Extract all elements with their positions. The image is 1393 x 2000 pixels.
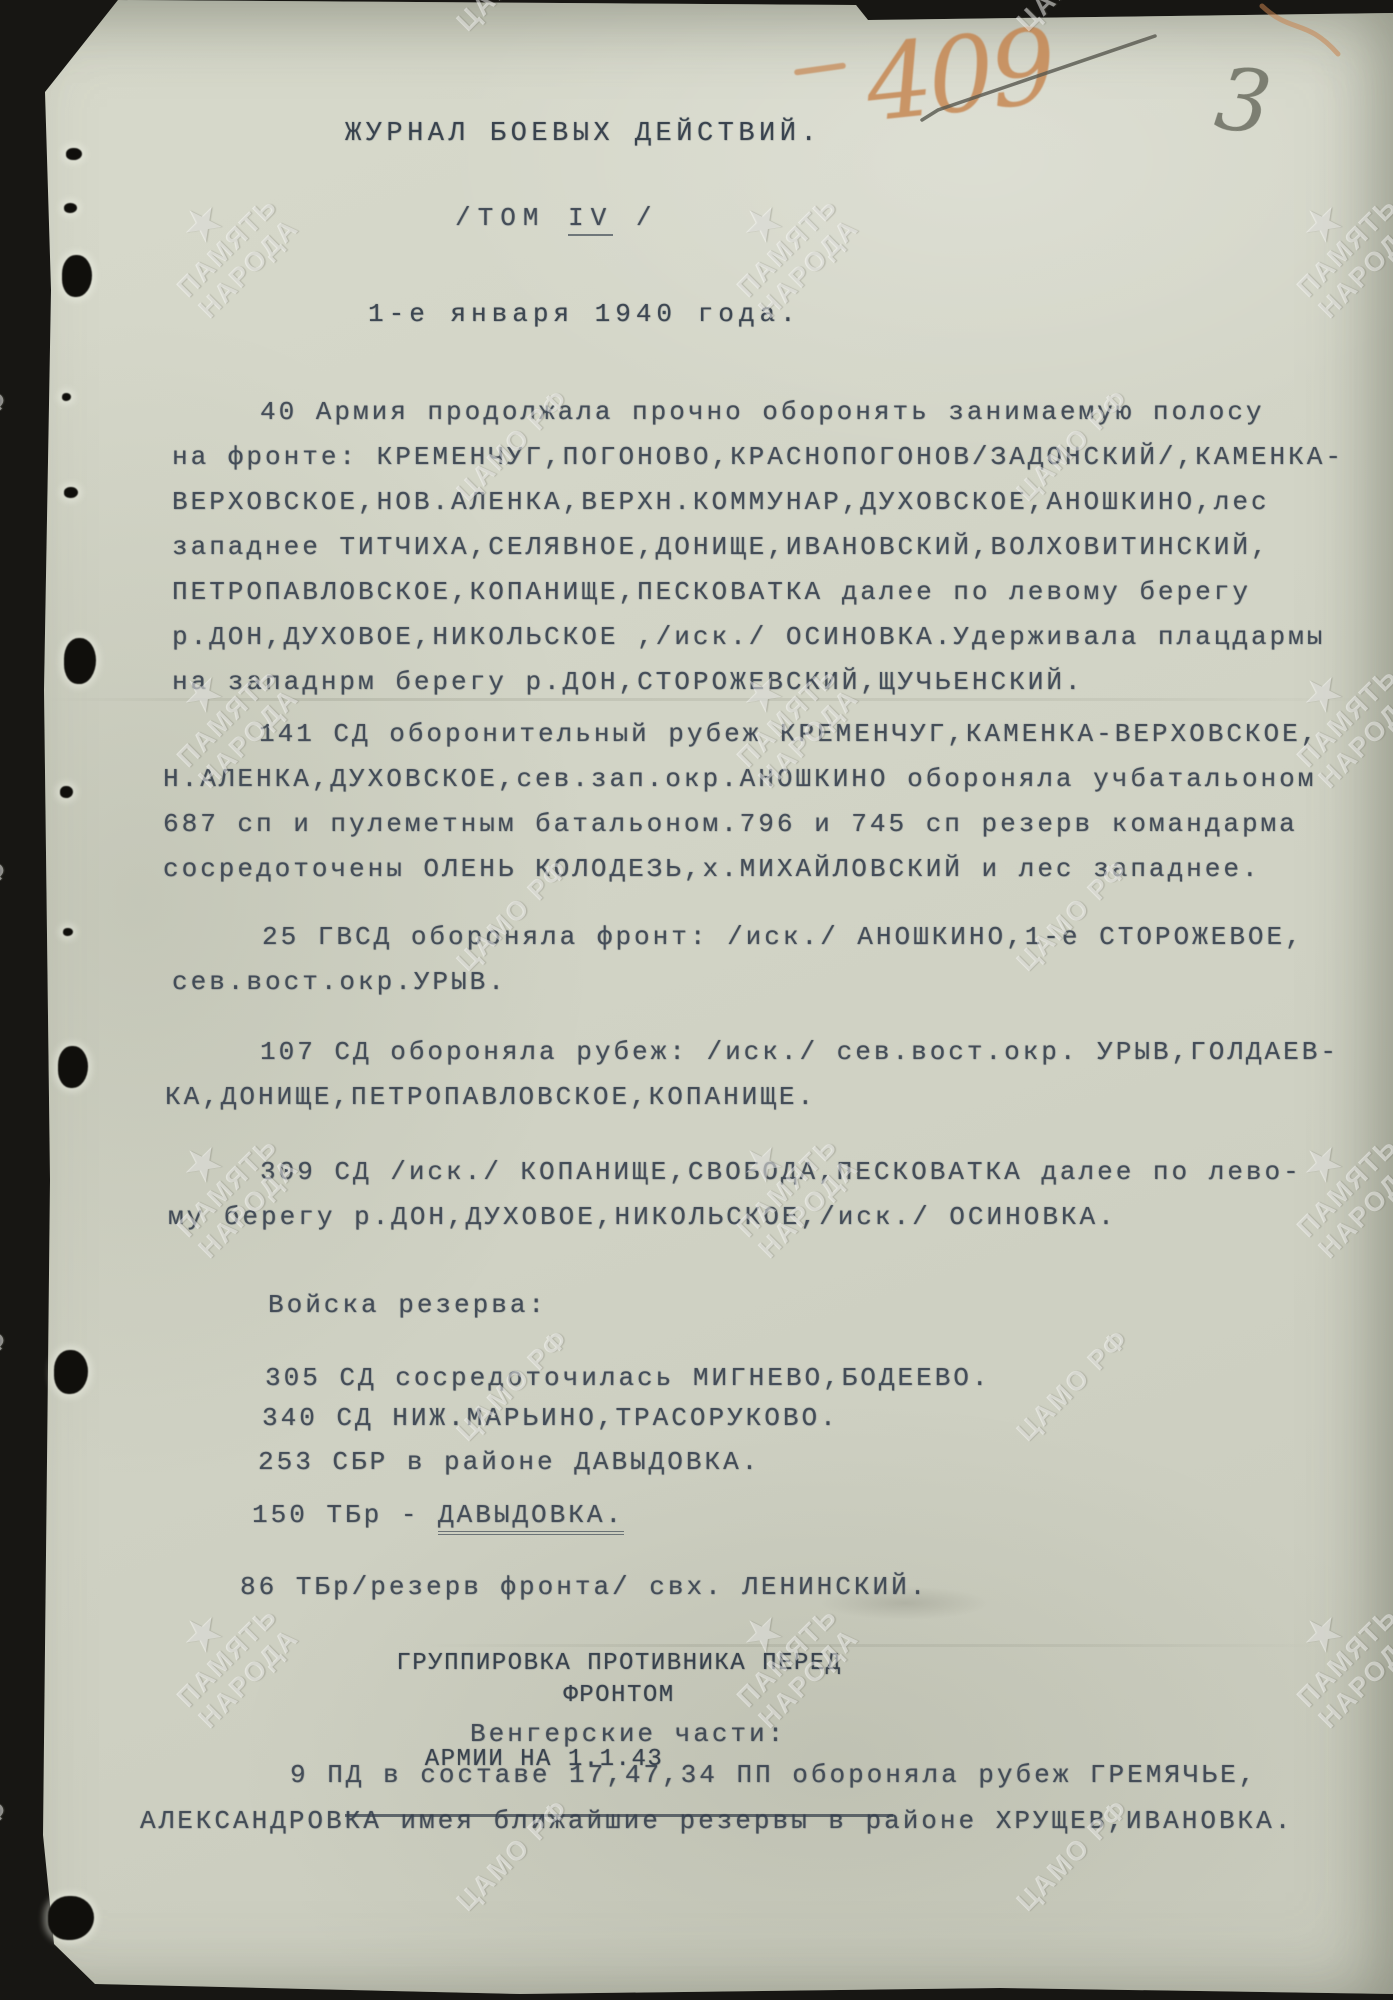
reserve-item-340sd: 340 СД НИЖ.МАРЬИНО,ТРАСОРУКОВО. xyxy=(262,1396,839,1441)
paragraph-107-sd: 107 СД обороняла рубеж: /иск./ сев.вост.… xyxy=(165,1030,1387,1120)
date-heading: 1-е января 1940 года. xyxy=(368,292,801,337)
watermark-tsamo-rf: ЦАМО РФ xyxy=(0,383,14,507)
paragraph-309-sd: 309 СД /иск./ КОПАНИЩЕ,СВОБОДА,ПЕСКОВАТК… xyxy=(168,1150,1390,1240)
paragraph-141-sd: 141 СД оборонительный рубеж КРЕМЕНЧУГ,КА… xyxy=(163,712,1385,892)
folio-number: 409 xyxy=(860,5,1058,146)
volume-number: IV xyxy=(568,203,613,236)
punch-hole xyxy=(66,148,82,160)
document-title: ЖУРНАЛ БОЕВЫХ ДЕЙСТВИЙ. xyxy=(345,112,821,157)
paragraph-hungarian-9pd: 9 ПД в составе 17,47,34 ПП обороняла руб… xyxy=(140,1752,1390,1844)
enemy-heading-line1: ГРУППИРОВКА ПРОТИВНИКА ПЕРЕД ФРОНТОМ xyxy=(345,1648,893,1712)
punch-hole xyxy=(64,487,78,498)
paragraph-25-gvsd: 25 ГВСД обороняла фронт: /иск./ АНОШКИНО… xyxy=(172,915,1387,1005)
reserve-item-253sbr: 253 СБР в районе ДАВЫДОВКА. xyxy=(258,1440,760,1485)
punch-hole xyxy=(60,786,73,798)
watermark-tsamo-rf: ЦАМО РФ xyxy=(0,1793,14,1917)
volume-pre: /ТОМ xyxy=(455,203,568,233)
volume-line: /ТОМ IV / xyxy=(455,196,658,241)
paragraph-40-army: 40 Армия продолжала прочно оборонять зан… xyxy=(172,390,1387,705)
watermark-tsamo-rf: ЦАМО РФ xyxy=(0,0,14,37)
reserve-item-150tbr: 150 ТБр - ДАВЫДОВКА. xyxy=(252,1493,624,1538)
punch-hole xyxy=(62,393,71,401)
watermark-tsamo-rf: ЦАМО РФ xyxy=(0,1323,14,1447)
reserve-item-86tbr: 86 ТБр/резерв фронта/ свх. ЛЕНИНСКИЙ. xyxy=(240,1565,928,1610)
volume-post: / xyxy=(613,203,658,233)
reserve-item-305sd: 305 СД сосредоточилась МИГНЕВО,БОДЕЕВО. xyxy=(265,1356,991,1401)
watermark-tsamo-rf: ЦАМО РФ xyxy=(0,853,14,977)
hungarian-units-heading: Венгерские части: xyxy=(470,1712,786,1757)
reserve-heading: Войска резерва: xyxy=(268,1283,547,1328)
